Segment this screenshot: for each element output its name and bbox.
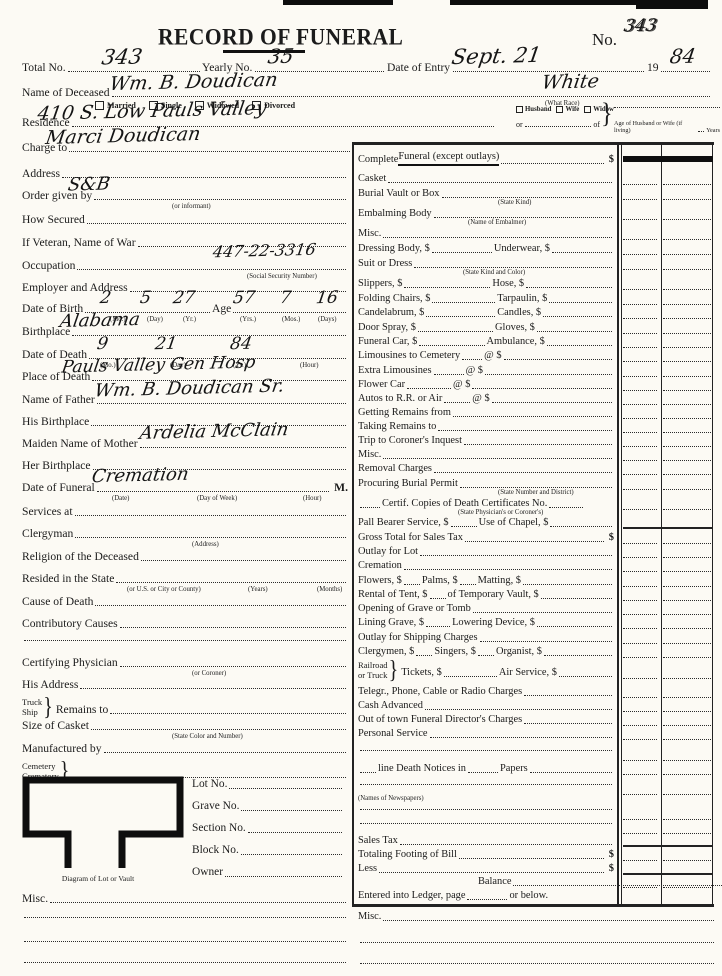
sub-label: (State Physician's or Coroner's) — [458, 509, 543, 516]
money-column-rule — [661, 142, 662, 905]
form-row: Misc. — [22, 893, 348, 905]
row-label: Funeral Car, $ — [358, 337, 417, 348]
fill-line[interactable] — [419, 345, 484, 346]
fill-line[interactable] — [460, 584, 476, 585]
fill-line[interactable] — [467, 899, 507, 900]
row-label: Tickets, $ — [401, 668, 442, 679]
money-fill-line[interactable] — [623, 886, 657, 888]
fill-line[interactable] — [72, 335, 346, 336]
money-fill-line[interactable] — [623, 431, 657, 433]
money-fill-line[interactable] — [663, 445, 711, 447]
row-label: Door Spray, $ — [358, 323, 416, 334]
fill-line[interactable] — [229, 788, 342, 789]
row-label: Candelabrum, $ — [358, 308, 424, 319]
money-fill-line[interactable] — [663, 738, 711, 740]
money-fill-line[interactable] — [623, 473, 657, 475]
fill-line[interactable] — [472, 388, 612, 389]
fill-line[interactable] — [465, 541, 604, 542]
money-fill-line[interactable] — [623, 832, 657, 834]
row-label: Gloves, $ — [495, 323, 535, 334]
money-fill-line[interactable] — [663, 198, 711, 200]
money-fill-line[interactable] — [623, 585, 657, 587]
fill-line[interactable] — [462, 359, 482, 360]
fill-line[interactable] — [432, 302, 495, 303]
fill-line[interactable] — [112, 96, 710, 97]
fill-line[interactable] — [537, 626, 612, 627]
fill-line[interactable] — [614, 107, 720, 108]
money-fill-line[interactable] — [663, 627, 711, 629]
money-fill-line[interactable] — [623, 627, 657, 629]
money-fill-line[interactable] — [623, 613, 657, 615]
row-label: Casket — [358, 174, 386, 185]
fill-line[interactable] — [360, 507, 380, 508]
money-fill-line[interactable] — [663, 218, 711, 220]
money-fill-line[interactable] — [623, 599, 657, 601]
money-fill-line[interactable] — [663, 642, 711, 644]
money-fill-line[interactable] — [623, 677, 657, 679]
money-fill-line[interactable] — [623, 198, 657, 200]
row-label: Outlay for Lot — [358, 547, 418, 558]
fill-line[interactable] — [360, 823, 612, 824]
form-row: His Address — [22, 679, 348, 691]
fill-line[interactable] — [425, 709, 612, 710]
row-label: Pall Bearer Service, $ — [358, 518, 449, 529]
money-fill-line[interactable] — [663, 710, 711, 712]
fill-line[interactable] — [426, 626, 450, 627]
fill-line[interactable] — [360, 963, 714, 964]
fill-line[interactable] — [451, 526, 477, 527]
row-label: Name of Father — [22, 394, 95, 406]
sub-label: (or U.S. or City or County) — [127, 586, 201, 593]
money-fill-line[interactable] — [663, 473, 711, 475]
form-row: Getting Remains from — [358, 408, 614, 419]
money-fill-line[interactable] — [623, 656, 657, 658]
row-label: @ $ — [453, 380, 470, 391]
fill-line[interactable] — [541, 598, 612, 599]
fill-line[interactable] — [241, 854, 342, 855]
row-label: @ $ — [466, 366, 483, 377]
money-fill-line[interactable] — [623, 724, 657, 726]
row-mid-label: 19 — [645, 62, 661, 74]
row-label: Trip to Coroner's Inquest — [358, 436, 462, 447]
fill-line[interactable] — [379, 872, 604, 873]
fill-line[interactable] — [141, 560, 346, 561]
money-fill-line[interactable] — [663, 773, 711, 775]
fill-line[interactable] — [485, 374, 612, 375]
fill-line[interactable] — [438, 430, 612, 431]
money-fill-line[interactable] — [623, 793, 657, 795]
form-row: Cause of Death — [22, 596, 348, 608]
fill-line[interactable] — [525, 126, 592, 127]
money-fill-line[interactable] — [623, 542, 657, 544]
money-fill-line[interactable] — [663, 599, 711, 601]
fill-line[interactable] — [404, 569, 612, 570]
money-fill-line[interactable] — [623, 403, 657, 405]
form-row: Dressing Body, $Underwear, $ — [358, 244, 614, 255]
scan-artifact-bar — [283, 0, 393, 5]
fill-line[interactable] — [559, 676, 612, 677]
lot-field-row: Section No. — [192, 823, 344, 835]
fill-line[interactable] — [404, 287, 490, 288]
fill-line[interactable] — [241, 810, 342, 811]
handwritten-value: 410 S. Low Pauls Valley — [36, 99, 268, 125]
money-fill-line[interactable] — [623, 488, 657, 490]
fill-line[interactable] — [549, 302, 612, 303]
row-label: line Death Notices in — [378, 764, 466, 775]
fill-line[interactable] — [404, 584, 420, 585]
fill-line[interactable] — [360, 784, 612, 785]
form-row: Telegr., Phone, Cable or Radio Charges — [358, 687, 614, 698]
fill-line[interactable] — [50, 902, 346, 903]
fill-line[interactable] — [80, 688, 346, 689]
form-row: Procuring Burial Permit(State Number and… — [358, 479, 614, 490]
fill-line[interactable] — [360, 750, 612, 751]
fill-line[interactable] — [524, 695, 612, 696]
stacked-label: TruckShip — [22, 698, 42, 717]
box-left-border — [352, 142, 354, 905]
fill-line[interactable] — [407, 388, 451, 389]
fill-line[interactable] — [524, 723, 612, 724]
checkbox-husband-icon[interactable] — [516, 106, 523, 113]
fill-line[interactable] — [69, 151, 350, 152]
money-fill-line[interactable] — [623, 303, 657, 305]
money-fill-line[interactable] — [663, 696, 711, 698]
row-label: Misc. — [358, 450, 381, 461]
fill-line[interactable] — [444, 402, 470, 403]
fill-line[interactable] — [97, 491, 329, 492]
money-fill-line[interactable] — [623, 332, 657, 334]
money-fill-line[interactable] — [663, 375, 711, 377]
row-label: M. — [334, 482, 348, 494]
handwritten-value: S&B — [66, 175, 111, 195]
fill-line[interactable] — [95, 605, 346, 606]
fill-line[interactable] — [388, 182, 612, 183]
money-fill-line[interactable] — [623, 445, 657, 447]
money-fill-line[interactable] — [663, 859, 711, 861]
form-row: Religion of the Deceased — [22, 551, 348, 563]
handwritten-value: 27 — [172, 290, 196, 308]
money-fill-line[interactable] — [623, 288, 657, 290]
fill-line[interactable] — [120, 666, 346, 667]
fill-line[interactable] — [530, 772, 612, 773]
form-row — [22, 941, 348, 944]
row-label: Personal Service — [358, 729, 428, 740]
fill-line[interactable] — [523, 584, 612, 585]
fill-line[interactable] — [75, 515, 346, 516]
years-label: Years — [706, 127, 720, 134]
row-label: Lot No. — [192, 779, 227, 791]
fill-line[interactable] — [434, 472, 612, 473]
fill-line[interactable] — [442, 197, 613, 198]
money-fill-line[interactable] — [623, 375, 657, 377]
money-fill-line[interactable] — [663, 793, 711, 795]
form-row — [358, 823, 614, 826]
row-label: Entered into Ledger, page — [358, 891, 465, 902]
money-fill-line[interactable] — [623, 642, 657, 644]
fill-line[interactable] — [360, 772, 376, 773]
row-label: Size of Casket — [22, 720, 89, 732]
fill-line[interactable] — [225, 876, 342, 877]
money-fill-line[interactable] — [663, 183, 711, 185]
handwritten-value: 2 — [99, 290, 113, 308]
fill-line[interactable] — [418, 331, 493, 332]
fill-line[interactable] — [464, 444, 612, 445]
sub-label: (Names of Newspapers) — [358, 795, 424, 802]
money-fill-line[interactable] — [663, 542, 711, 544]
row-mid-label: Date of Entry — [385, 62, 452, 74]
row-label: Owner — [192, 867, 223, 879]
row-label: Services at — [22, 506, 73, 518]
fill-line[interactable] — [24, 917, 346, 918]
sub-label: (Social Security Number) — [247, 273, 317, 280]
form-row — [22, 917, 348, 920]
sub-label: (Days) — [318, 316, 337, 323]
form-row: Outlay for Shipping Charges — [358, 633, 614, 644]
sub-label: (Months) — [317, 586, 342, 593]
row-label: $ — [609, 850, 614, 861]
fill-line[interactable] — [432, 252, 492, 253]
row-label: Cash Advanced — [358, 701, 423, 712]
fill-line[interactable] — [360, 942, 714, 943]
lot-field-row: Owner — [192, 867, 344, 879]
row-label: Block No. — [192, 845, 239, 857]
fill-line[interactable] — [444, 676, 497, 677]
money-heavy-mark — [623, 156, 713, 162]
form-row: Name of FatherWm. B. Doudican Sr. — [22, 394, 348, 406]
row-label: Grave No. — [192, 801, 239, 813]
row-label: Maiden Name of Mother — [22, 438, 138, 450]
fill-line[interactable] — [104, 752, 346, 753]
fill-line[interactable] — [698, 131, 704, 132]
fill-line[interactable] — [430, 598, 446, 599]
money-fill-line[interactable] — [623, 570, 657, 572]
fill-line[interactable] — [478, 655, 494, 656]
fill-line[interactable] — [24, 640, 346, 641]
fill-line[interactable] — [459, 858, 604, 859]
row-label: @ $ — [484, 351, 501, 362]
fill-line[interactable] — [383, 920, 714, 921]
money-fill-line[interactable] — [663, 818, 711, 820]
fill-line[interactable] — [416, 655, 432, 656]
money-fill-line[interactable] — [663, 832, 711, 834]
fill-line[interactable] — [453, 416, 612, 417]
checkbox-label: Divorced — [264, 101, 295, 110]
fill-line[interactable] — [140, 447, 346, 448]
money-fill-line[interactable] — [623, 508, 657, 510]
fill-line[interactable] — [24, 941, 346, 942]
money-fill-line[interactable] — [663, 459, 711, 461]
fill-line[interactable] — [543, 316, 612, 317]
sub-label: (Hour) — [300, 362, 319, 369]
fill-line[interactable] — [87, 223, 346, 224]
checkbox-widow-icon[interactable] — [584, 106, 591, 113]
fill-line[interactable] — [460, 487, 612, 488]
fill-line[interactable] — [414, 267, 612, 268]
fill-line[interactable] — [526, 287, 612, 288]
money-fill-line[interactable] — [623, 710, 657, 712]
fill-line[interactable] — [91, 729, 346, 730]
money-fill-line[interactable] — [663, 346, 711, 348]
fill-line[interactable] — [480, 641, 612, 642]
fill-line[interactable] — [24, 962, 346, 963]
form-row: Opening of Grave or Tomb — [358, 604, 614, 615]
form-row: TruckShip}Remains to — [22, 698, 348, 716]
handwritten-value: Marci Doudican — [44, 125, 202, 149]
row-label: Address — [22, 168, 60, 180]
row-label: Ambulance, $ — [487, 337, 545, 348]
row-label: $ — [609, 864, 614, 875]
form-row: Resided in the State(or U.S. or City or … — [22, 573, 348, 585]
row-label: Lowering Device, $ — [452, 618, 535, 629]
sub-label: (Years) — [248, 586, 268, 593]
row-label: Candles, $ — [497, 308, 541, 319]
money-fill-line[interactable] — [663, 570, 711, 572]
row-label: Tarpaulin, $ — [497, 294, 547, 305]
fill-line[interactable] — [544, 655, 612, 656]
money-fill-line[interactable] — [623, 183, 657, 185]
form-row — [358, 963, 716, 966]
money-fill-line[interactable] — [623, 759, 657, 761]
fill-line[interactable] — [492, 402, 612, 403]
fill-line[interactable] — [77, 269, 346, 270]
money-fill-line[interactable] — [663, 317, 711, 319]
money-fill-line[interactable] — [623, 253, 657, 255]
money-fill-line[interactable] — [663, 585, 711, 587]
money-fill-line[interactable] — [663, 677, 711, 679]
form-row: Funeral Car, $Ambulance, $ — [358, 337, 614, 348]
row-label: Misc. — [22, 893, 48, 905]
money-fill-line[interactable] — [663, 431, 711, 433]
money-fill-line[interactable] — [663, 389, 711, 391]
money-fill-line[interactable] — [623, 773, 657, 775]
money-fill-line[interactable] — [623, 696, 657, 698]
form-row — [358, 942, 716, 945]
form-row: Cash Advanced — [358, 701, 614, 712]
money-fill-line[interactable] — [663, 253, 711, 255]
money-fill-line[interactable] — [663, 886, 711, 888]
fill-line[interactable] — [468, 772, 498, 773]
row-label: Organist, $ — [496, 647, 542, 658]
handwritten-value: 16 — [315, 290, 339, 308]
money-fill-line[interactable] — [623, 389, 657, 391]
fill-line[interactable] — [550, 526, 612, 527]
fill-line[interactable] — [501, 163, 603, 164]
money-fill-line[interactable] — [663, 360, 711, 362]
money-fill-line[interactable] — [663, 238, 711, 240]
fill-line[interactable] — [537, 331, 612, 332]
fill-line[interactable] — [383, 458, 612, 459]
money-fill-line[interactable] — [623, 818, 657, 820]
fill-line[interactable] — [120, 627, 346, 628]
fill-line[interactable] — [360, 809, 612, 810]
diagram-caption: Diagram of Lot or Vault — [38, 874, 158, 883]
money-fill-line[interactable] — [663, 613, 711, 615]
sub-label: (Address) — [192, 541, 219, 548]
form-row: Clergyman(Address) — [22, 528, 348, 540]
money-fill-line[interactable] — [623, 238, 657, 240]
money-fill-line[interactable] — [663, 759, 711, 761]
money-fill-line[interactable] — [623, 417, 657, 419]
money-fill-line[interactable] — [663, 332, 711, 334]
money-fill-line[interactable] — [623, 317, 657, 319]
fill-line[interactable] — [547, 345, 612, 346]
fill-line[interactable] — [426, 316, 495, 317]
money-fill-line[interactable] — [623, 556, 657, 558]
form-row — [358, 750, 614, 753]
fill-line[interactable] — [473, 612, 612, 613]
fill-line[interactable] — [248, 832, 342, 833]
brace: } — [43, 696, 53, 719]
form-row: Contributory Causes — [22, 618, 348, 630]
fill-line[interactable] — [94, 199, 346, 200]
fill-line[interactable] — [434, 374, 464, 375]
handwritten-value: Sept. 21 — [450, 44, 542, 68]
fill-line[interactable] — [75, 537, 346, 538]
row-label: Date of Funeral — [22, 482, 95, 494]
fill-line[interactable] — [504, 359, 612, 360]
money-column-rule — [617, 142, 619, 905]
money-fill-line[interactable] — [663, 508, 711, 510]
money-fill-line[interactable] — [623, 859, 657, 861]
fill-line[interactable] — [430, 737, 612, 738]
row-label: Dressing Body, $ — [358, 244, 430, 255]
row-label: Religion of the Deceased — [22, 551, 139, 563]
row-label: His Address — [22, 679, 78, 691]
row-label: Gross Total for Sales Tax — [358, 533, 463, 544]
row-label: @ $ — [472, 394, 489, 405]
money-fill-line[interactable] — [663, 268, 711, 270]
fill-line[interactable] — [110, 713, 346, 714]
fill-line[interactable] — [400, 844, 612, 845]
fill-line[interactable] — [420, 555, 612, 556]
handwritten-value: 447-22-3316 — [212, 242, 317, 261]
money-fill-line[interactable] — [623, 738, 657, 740]
money-fill-line[interactable] — [623, 268, 657, 270]
money-fill-line[interactable] — [623, 459, 657, 461]
form-row: Slippers, $Hose, $ — [358, 279, 614, 290]
money-fill-line[interactable] — [663, 556, 711, 558]
money-fill-line[interactable] — [663, 724, 711, 726]
money-fill-line[interactable] — [623, 360, 657, 362]
money-fill-line[interactable] — [663, 417, 711, 419]
fill-line[interactable] — [97, 403, 346, 404]
form-row: Flowers, $Palms, $Matting, $ — [358, 576, 614, 587]
fill-line[interactable] — [434, 217, 612, 218]
money-fill-line[interactable] — [663, 303, 711, 305]
record-number-value: 343 — [622, 16, 658, 37]
lot-field-row: Block No. — [192, 845, 344, 857]
form-row: Extra Limousines@ $ — [358, 366, 614, 377]
scan-artifact-bar — [636, 0, 708, 9]
fill-line[interactable] — [549, 507, 583, 508]
fill-line[interactable] — [552, 252, 612, 253]
row-label: Total No. — [22, 62, 66, 74]
money-fill-line[interactable] — [623, 346, 657, 348]
sub-label: (Yr.) — [183, 316, 196, 323]
row-label: Remains to — [56, 704, 109, 716]
money-fill-line[interactable] — [663, 403, 711, 405]
money-fill-line[interactable] — [623, 218, 657, 220]
row-label: Telegr., Phone, Cable or Radio Charges — [358, 687, 522, 698]
form-row: Suit or Dress(State Kind and Color) — [358, 259, 614, 270]
money-fill-line[interactable] — [663, 656, 711, 658]
money-rule — [623, 873, 713, 875]
form-row: Personal Service — [358, 729, 614, 740]
fill-line[interactable] — [383, 237, 612, 238]
fill-line[interactable] — [116, 582, 346, 583]
money-fill-line[interactable] — [663, 288, 711, 290]
money-fill-line[interactable] — [663, 488, 711, 490]
